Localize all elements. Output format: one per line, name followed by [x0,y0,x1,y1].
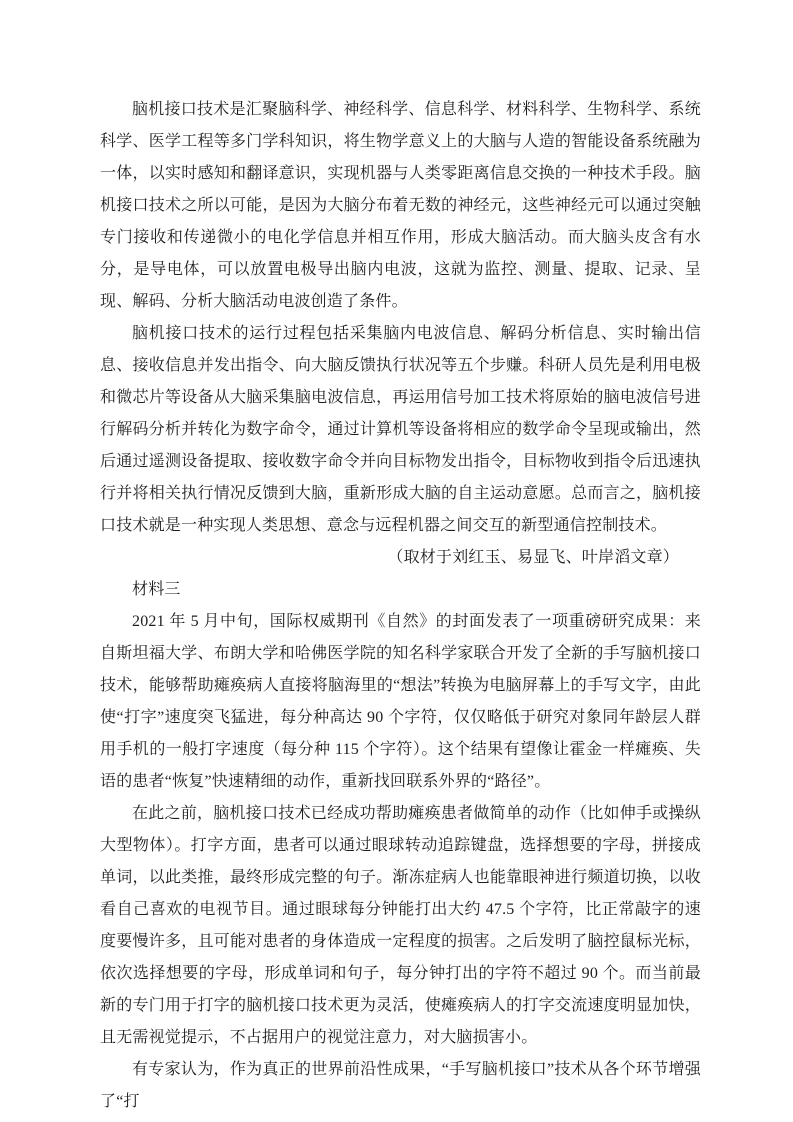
document-page: 脑机接口技术是汇聚脑科学、神经科学、信息科学、材料科学、生物科学、系统科学、医学… [0,0,793,1122]
section-heading-material-3: 材料三 [100,574,701,606]
paragraph-expert-view-truncated: 有专家认为，作为真正的世界前沿性成果，“手写脑机接口”技术从各个环节增强了“打 [100,1054,701,1118]
paragraph-bci-process: 脑机接口技术的运行过程包括采集脑内电波信息、解码分析信息、实时输出信息、接收信息… [100,318,701,542]
paragraph-nature-study: 2021 年 5 月中旬，国际权威期刊《自然》的封面发表了一项重磅研究成果：来自… [100,606,701,798]
paragraph-earlier-methods: 在此之前，脑机接口技术已经成功帮助瘫痪患者做简单的动作（比如伸手或操纵大型物体）… [100,798,701,1054]
source-attribution: （取材于刘红玉、易显飞、叶岸滔文章） [100,542,701,574]
paragraph-bci-definition: 脑机接口技术是汇聚脑科学、神经科学、信息科学、材料科学、生物科学、系统科学、医学… [100,94,701,318]
